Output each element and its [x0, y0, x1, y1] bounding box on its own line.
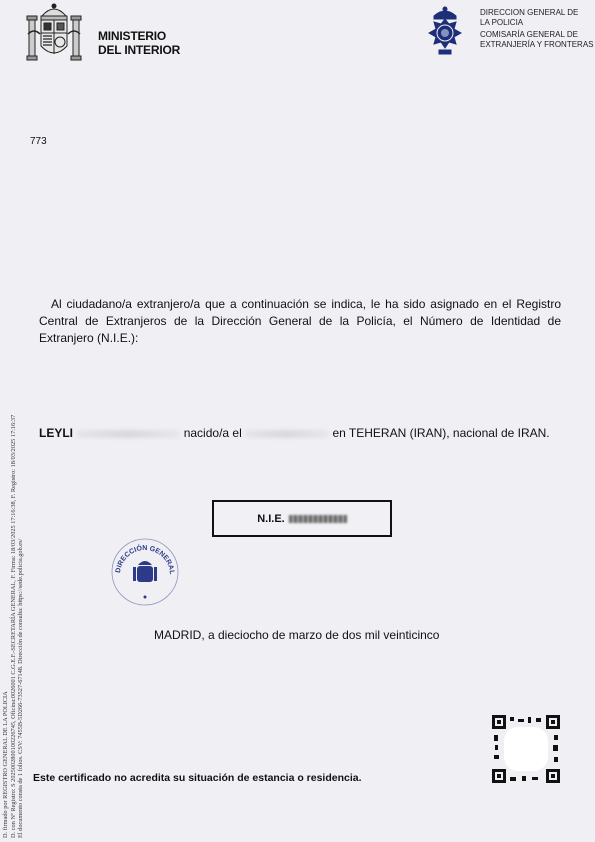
date-line: MADRID, a dieciocho de marzo de dos mil …: [154, 628, 439, 642]
dgp-header: DIRECCION GENERAL DE LA POLICIA COMISARÍ…: [480, 8, 594, 49]
policia-nacional-badge-icon: [426, 6, 464, 58]
birthplace-text: en TEHERAN (IRAN), nacional de IRAN.: [332, 426, 549, 440]
redacted-surname: [76, 430, 180, 438]
redacted-nie-value: [289, 515, 347, 523]
intro-paragraph: Al ciudadano/a extranjero/a que a contin…: [39, 296, 561, 347]
person-first-name: LEYLI: [39, 426, 73, 440]
dgp-line-1: DIRECCION GENERAL DE: [480, 8, 594, 18]
person-line: LEYLI nacido/a el en TEHERAN (IRAN), nac…: [39, 426, 550, 440]
intro-text: Al ciudadano/a extranjero/a que a contin…: [39, 297, 561, 345]
nie-box: N.I.E.: [212, 500, 392, 537]
redacted-birth-date: [245, 430, 329, 438]
cgef-line-2: EXTRANJERÍA Y FRONTERAS: [480, 40, 594, 50]
ministry-line-2: DEL INTERIOR: [98, 43, 180, 57]
police-stamp-icon: DIRECCIÓN GENERAL DE LA POLICIA: [110, 537, 180, 607]
side-text-line-3: El documento consta de 1 folios. CSV: 74…: [17, 415, 25, 838]
side-text-line-2: D. con Nº Registro: S 202500280010022674…: [10, 415, 18, 838]
dgp-line-2: LA POLICIA: [480, 18, 594, 28]
disclaimer: Este certificado no acredita su situació…: [33, 772, 362, 784]
nie-label: N.I.E.: [257, 513, 285, 525]
signature-side-text: D. firmado por REGISTRO GENERAL DE LA PO…: [2, 415, 25, 838]
ministry-name: MINISTERIO DEL INTERIOR: [98, 29, 180, 57]
spain-coat-of-arms-icon: [26, 2, 82, 62]
qr-code-icon: [492, 715, 560, 783]
side-text-line-1: D. firmado por REGISTRO GENERAL DE LA PO…: [2, 415, 10, 838]
ministry-line-1: MINISTERIO: [98, 29, 180, 43]
reference-number: 773: [30, 136, 47, 147]
cgef-line-1: COMISARÍA GENERAL DE: [480, 30, 594, 40]
born-label: nacido/a el: [184, 426, 242, 440]
